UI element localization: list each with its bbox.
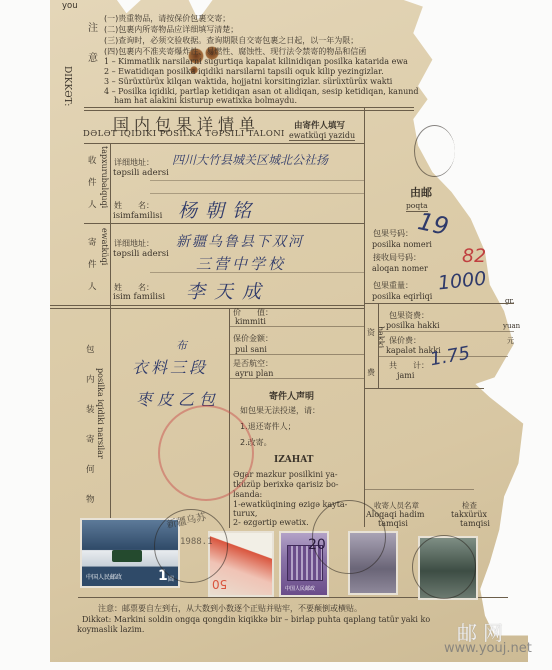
footer-ug-2: koymaslik lazim. (77, 624, 144, 635)
note-ug-5: ham hat alakini kisturup ewatixka bolmay… (114, 95, 297, 106)
divider (84, 143, 364, 144)
form-title-ug: DƏLƏT IQIDIKI POSILKA TƏPSILI TALONI (83, 129, 285, 139)
recipient-section-cn: 收件人 (88, 150, 98, 216)
post-label-cn: 由邮 (410, 184, 432, 200)
checker-stamp-label-ug2: tamqisi (460, 518, 490, 529)
divider (364, 388, 484, 389)
fees-section-cn: 资费 (367, 313, 375, 393)
declaration-body-ug-6: 2- ɵzgərtip ewətix. (233, 517, 309, 528)
divider (229, 378, 364, 379)
partial-postmark (414, 125, 455, 177)
postmark (412, 535, 476, 599)
recipient-address-label-ug: təpsili adersi (113, 168, 169, 179)
note-cn-1: (一)贵重物品，请按保价包裹交寄； (104, 13, 230, 24)
divider (150, 193, 364, 194)
currency-cn: 元 (507, 336, 514, 347)
recipient-name-label-cn: 姓 名： (114, 200, 154, 211)
contents-line1[interactable]: 衣料三段 (132, 355, 208, 378)
parcel-no-label-ug: posilka nomeri (372, 239, 432, 250)
divider (50, 305, 364, 306)
column-divider (110, 143, 111, 519)
divider (229, 326, 364, 327)
divider (150, 180, 364, 181)
divider (364, 489, 474, 490)
declaration-intro-cn: 如包果无法投递，请： (240, 405, 320, 416)
sender-address-label-ug: təpsili adersi (113, 249, 169, 260)
divider (150, 272, 364, 273)
postmark (312, 500, 386, 574)
parcel-no-value[interactable]: 19 (415, 207, 451, 241)
weight-label-ug: posilka eqirliqi (372, 291, 432, 302)
stamp-country: 中国人民邮政 (86, 572, 122, 581)
divider (84, 223, 364, 224)
sender-name-value[interactable]: 李天成 (186, 277, 270, 304)
declaration-title-cn: 寄件人声明 (269, 389, 314, 402)
note-cn-3: (三)查询时，必须交验收据。查询期限自交寄包裹之日起，以一年为限； (104, 35, 358, 46)
recipient-name-value[interactable]: 杨朝铭 (178, 196, 259, 223)
sender-address-line2[interactable]: 三营中学校 (196, 253, 286, 274)
stamp-country: 中国人民邮政 (285, 585, 315, 592)
filled-by-cn: 由寄件人填写 (294, 119, 345, 131)
parcel-no-label-cn: 包果号码： (373, 228, 413, 239)
sender-address-line1[interactable]: 新疆乌鲁县下双河 (176, 231, 304, 251)
declaration-title-ug: IZAHAT (274, 455, 313, 465)
postmark-date: 1988.1 (180, 537, 213, 547)
divider (364, 303, 514, 304)
notes-label-cn: 注意 (88, 14, 98, 74)
top-label: you (62, 1, 78, 12)
contents-insert[interactable]: 布 (176, 337, 187, 353)
watermark-url[interactable]: www.youj.net (444, 641, 532, 656)
footer-cn: 注意：邮票要自左到右，从大数到小数逐个正贴并贴牢，不要颠倒或横贴。 (98, 603, 362, 614)
sender-address-label-cn: 详细地址： (114, 238, 154, 249)
office-no-value[interactable]: 82 (462, 245, 486, 267)
column-divider (364, 107, 365, 527)
fees-section-ug: hakki (375, 326, 386, 348)
sender-name-label-ug: isim familisi (113, 292, 165, 303)
filled-by-ug: ewatküqi yazidu (289, 131, 355, 141)
recipient-address-label-cn: 详细地址： (114, 157, 154, 168)
insured-label-cn: 保价金额： (233, 333, 273, 344)
sender-section-cn: 寄件人 (88, 232, 98, 298)
contents-section-ug: posilka iqidiki narsilar (95, 368, 106, 459)
notes-label-ug: DIKKƏT: (62, 66, 72, 106)
divider (229, 354, 364, 355)
column-divider (378, 303, 379, 388)
total-label-ug: jami (397, 370, 414, 381)
note-cn-2: (二)包裹内所寄物品应详细填写清楚； (104, 24, 238, 35)
divider (378, 331, 514, 332)
weight-label-cn: 包果重量： (373, 280, 413, 291)
stamp-value: 50 (212, 577, 227, 591)
office-no-label-ug: aloqan nomer (372, 263, 428, 274)
sender-section-ug: ewatküqi (99, 228, 110, 265)
weight-unit: gr. (505, 296, 514, 307)
divider (50, 308, 364, 309)
train-icon (112, 550, 142, 562)
office-no-label-cn: 接收局号码： (373, 252, 421, 263)
recipient-name-label-ug: isimfamilisi (113, 211, 162, 222)
recipient-section-ug: tapxurubalquqi (99, 146, 110, 208)
postage-label-ug: posilka hakki (386, 320, 440, 331)
red-seal-mark (158, 405, 254, 501)
recipient-address-value[interactable]: 四川大竹县城关区城北公社扬 (172, 151, 328, 168)
